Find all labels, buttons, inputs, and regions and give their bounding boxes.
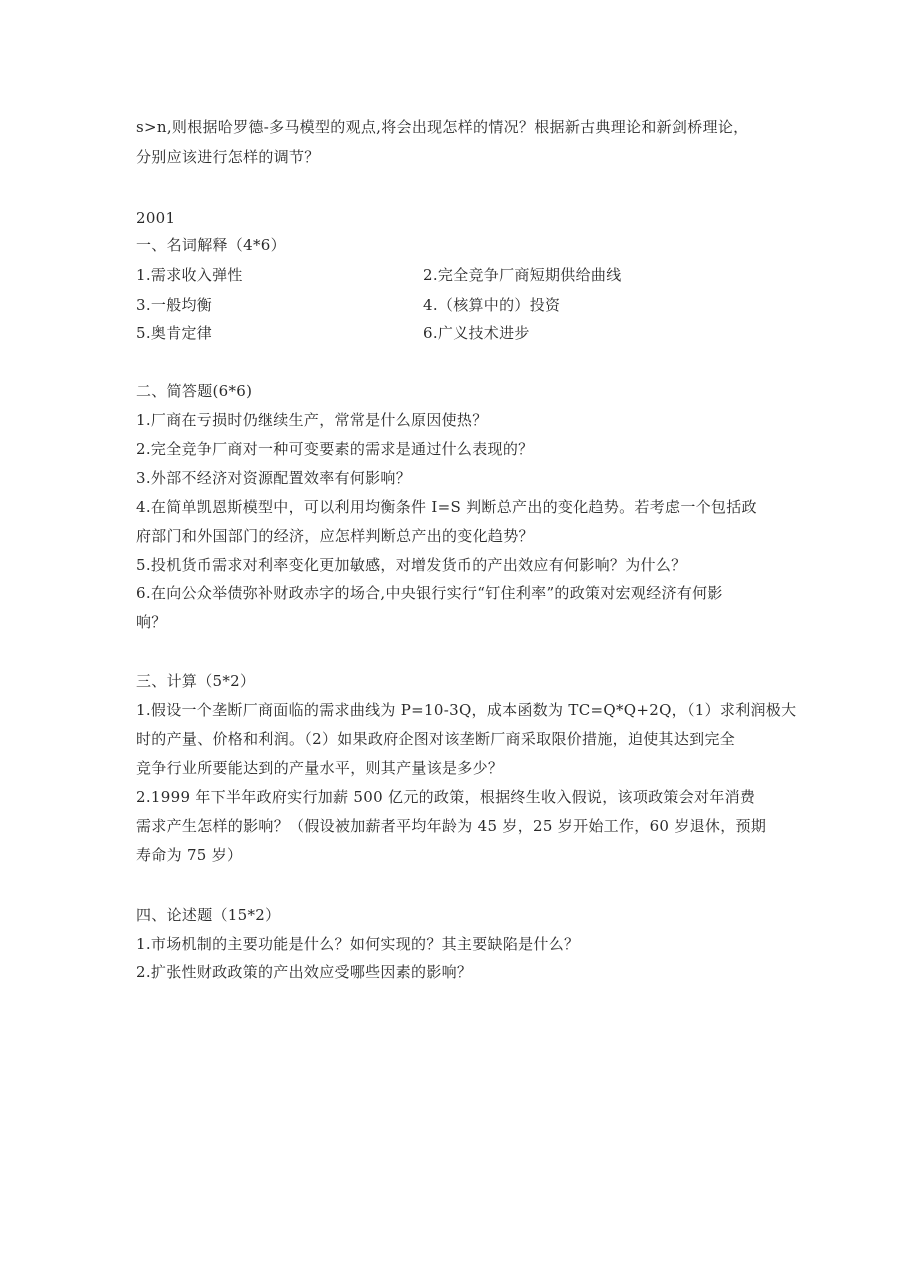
question-line: 3.外部不经济对资源配置效率有何影响？ xyxy=(136,468,411,488)
term-item: 2.完全竞争厂商短期供给曲线 xyxy=(423,265,622,285)
term-item: 3.一般均衡 xyxy=(136,295,212,315)
term-item: 5.奥肯定律 xyxy=(136,323,212,343)
term-item: 6.广义技术进步 xyxy=(423,323,530,343)
term-item: 4.（核算中的）投资 xyxy=(423,295,560,315)
section-heading-calculation: 三、计算（5*2） xyxy=(136,671,255,691)
question-line: 竞争行业所要能达到的产量水平，则其产量该是多少？ xyxy=(136,758,503,778)
question-line: 寿命为 75 岁） xyxy=(136,845,242,865)
question-line: 2.1999 年下半年政府实行加薪 500 亿元的政策，根据终生收入假说，该项政… xyxy=(136,787,755,807)
section-heading-terms: 一、名词解释（4*6） xyxy=(136,235,286,255)
question-line: 4.在简单凯恩斯模型中，可以利用均衡条件 I=S 判断总产出的变化趋势。若考虑一… xyxy=(136,497,757,517)
intro-line: 分别应该进行怎样的调节？ xyxy=(136,147,320,167)
question-line: 1.市场机制的主要功能是什么？如何实现的？其主要缺陷是什么？ xyxy=(136,934,579,954)
section-heading-short-answer: 二、简答题(6*6) xyxy=(136,381,252,401)
question-line: 1.厂商在亏损时仍继续生产，常常是什么原因使热？ xyxy=(136,410,488,430)
intro-line: s>n,则根据哈罗德-多马模型的观点,将会出现怎样的情况？根据新古典理论和新剑桥… xyxy=(136,117,748,137)
question-line: 2.完全竞争厂商对一种可变要素的需求是通过什么表现的？ xyxy=(136,439,533,459)
question-line: 5.投机货币需求对利率变化更加敏感，对增发货币的产出效应有何影响？为什么？ xyxy=(136,555,686,575)
question-line: 响？ xyxy=(136,612,167,632)
question-line: 2.扩张性财政政策的产出效应受哪些因素的影响？ xyxy=(136,962,472,982)
question-line: 6.在向公众举债弥补财政赤字的场合,中央银行实行“钉住利率”的政策对宏观经济有何… xyxy=(136,583,723,603)
question-line: 府部门和外国部门的经济，应怎样判断总产出的变化趋势？ xyxy=(136,526,534,546)
question-line: 1.假设一个垄断厂商面临的需求曲线为 P=10-3Q，成本函数为 TC=Q*Q+… xyxy=(136,700,796,720)
section-heading-essay: 四、论述题（15*2） xyxy=(136,905,280,925)
year-heading: 2001 xyxy=(136,208,175,228)
term-item: 1.需求收入弹性 xyxy=(136,265,243,285)
question-line: 需求产生怎样的影响？（假设被加薪者平均年龄为 45 岁，25 岁开始工作，60 … xyxy=(136,816,766,836)
question-line: 时的产量、价格和利润。（2）如果政府企图对该垄断厂商采取限价措施，迫使其达到完全 xyxy=(136,729,735,749)
